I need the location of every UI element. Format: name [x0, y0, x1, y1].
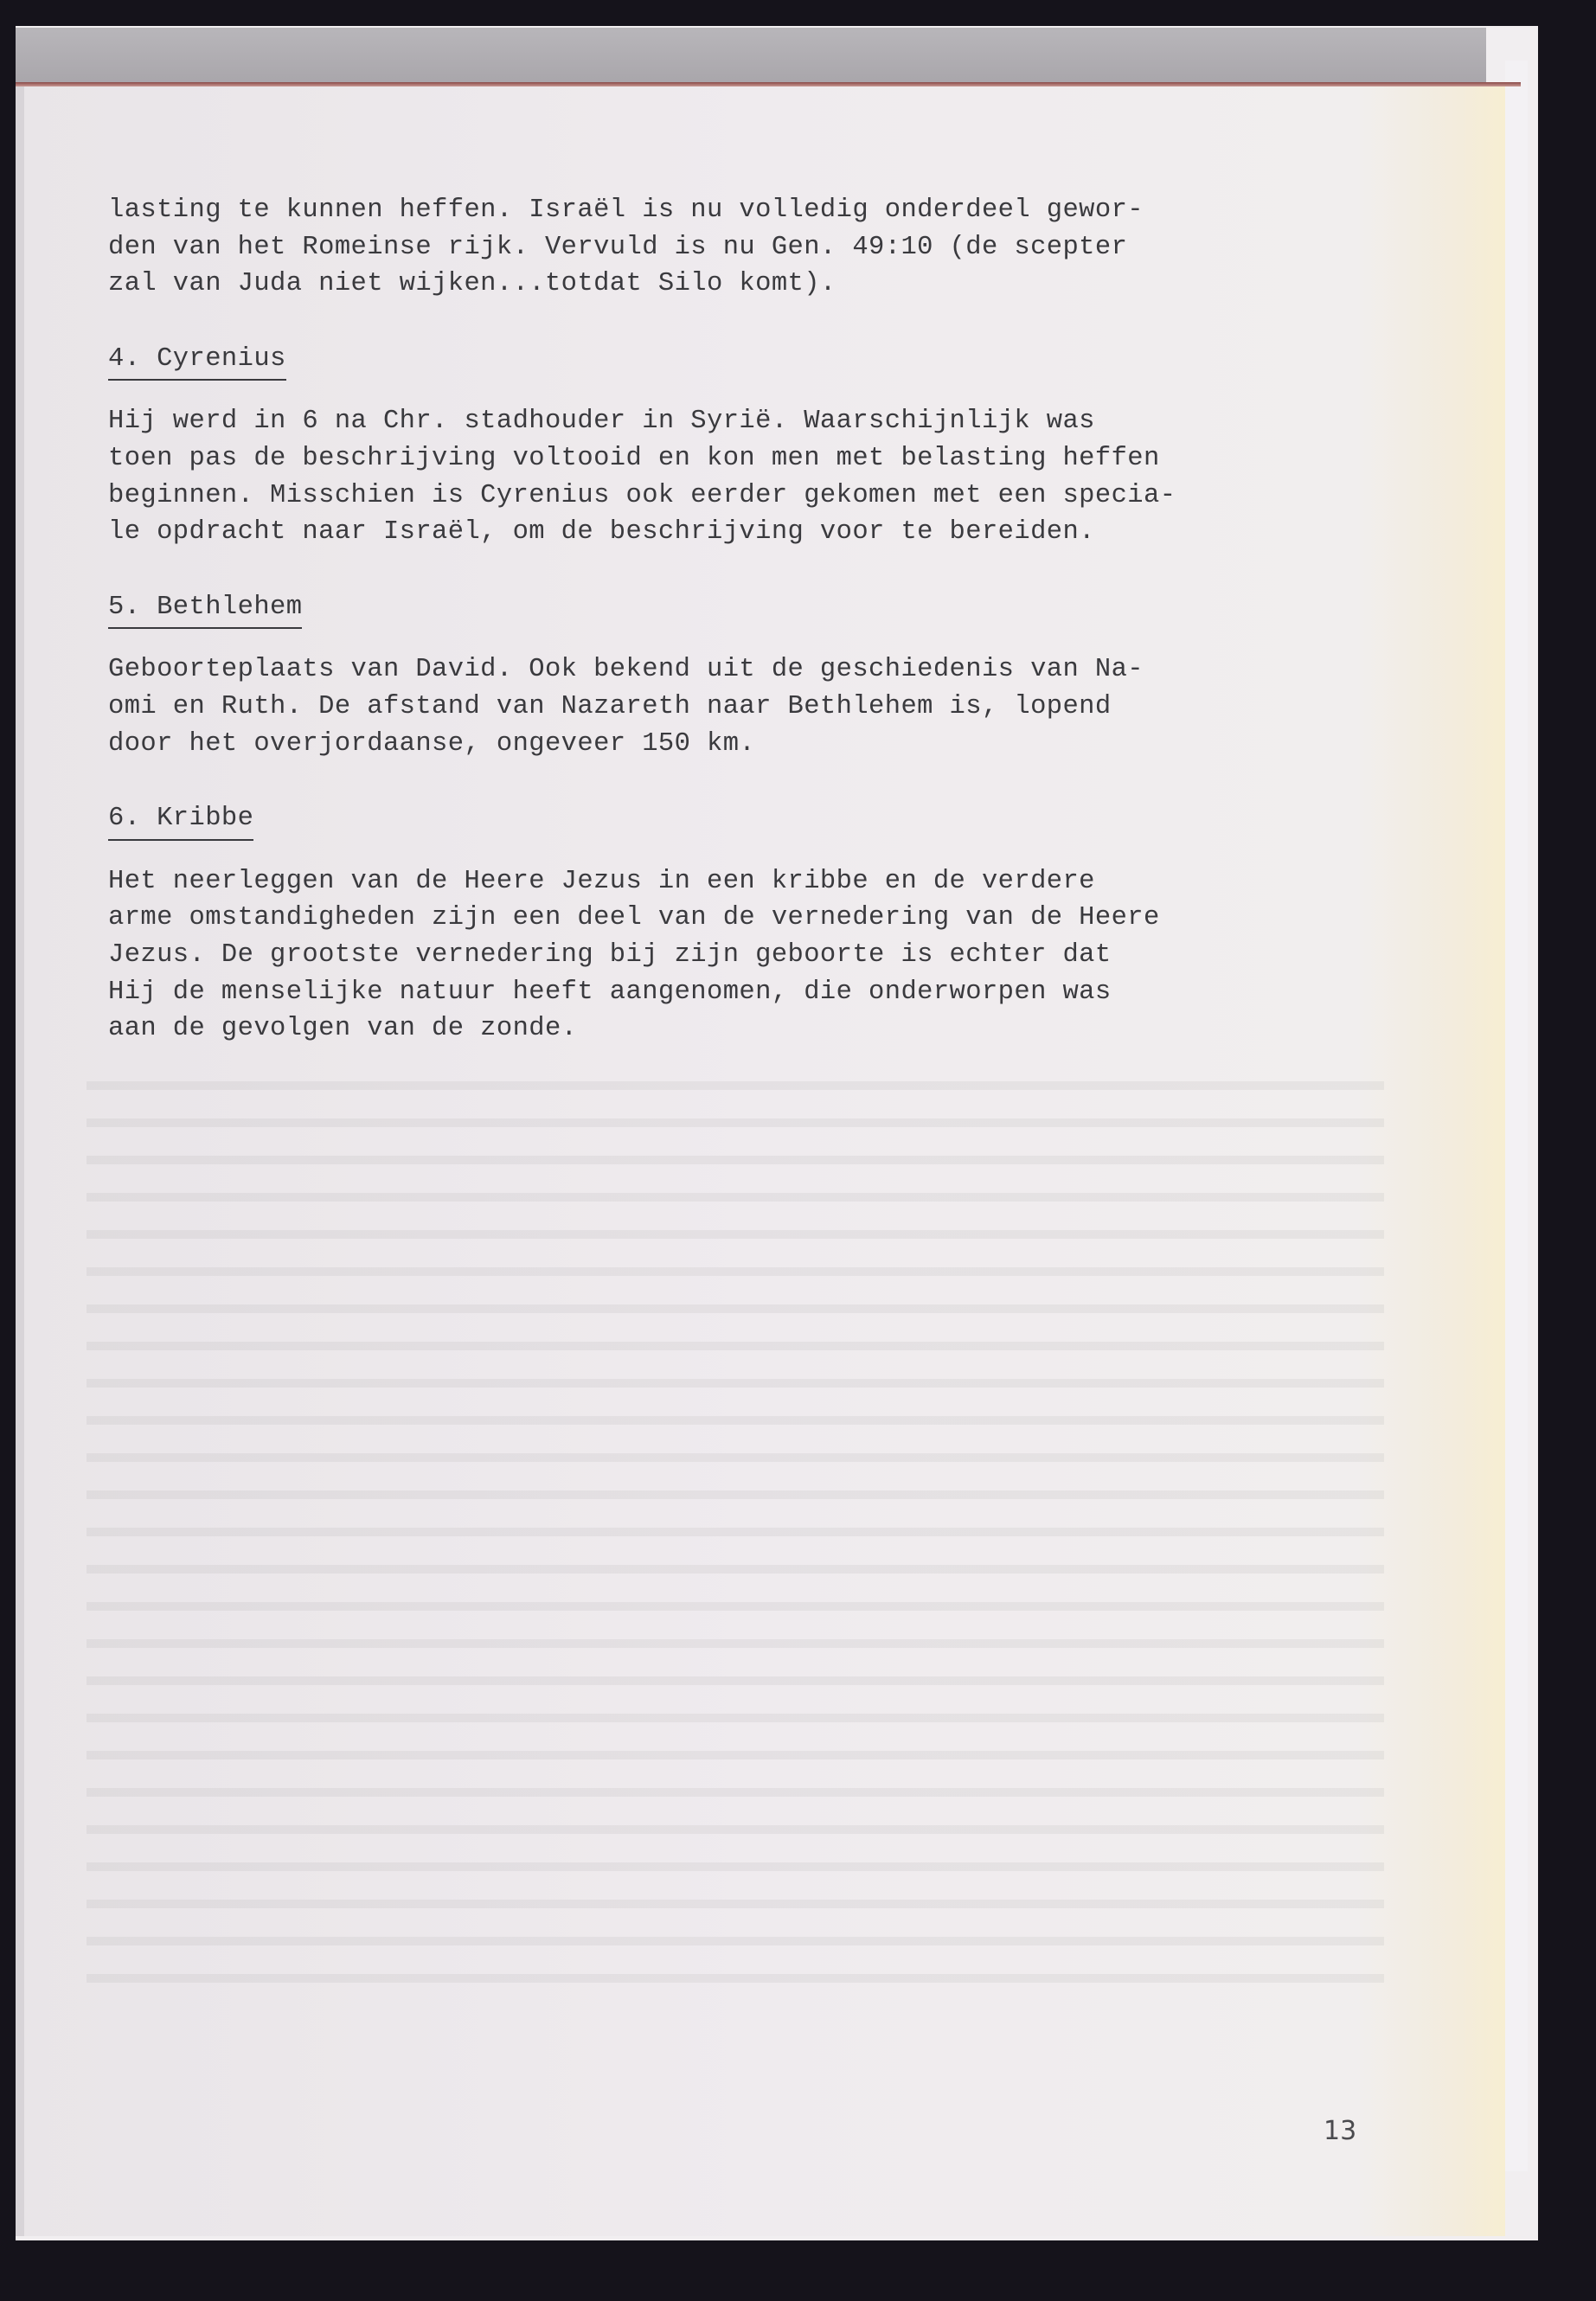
text-line: Jezus. De grootste vernedering bij zijn …: [108, 937, 1388, 974]
text-line: beginnen. Misschien is Cyrenius ook eerd…: [108, 478, 1388, 515]
back-page-band: [16, 28, 1486, 83]
text-line: Het neerleggen van de Heere Jezus in een…: [108, 863, 1388, 901]
section-heading: 5. Bethlehem: [108, 589, 302, 630]
text-line: Hij de menselijke natuur heeft aangenome…: [108, 974, 1388, 1011]
section-heading: 4. Cyrenius: [108, 341, 286, 381]
page-edge-left: [16, 87, 24, 2236]
text-line: arme omstandigheden zijn een deel van de…: [108, 900, 1388, 937]
text-line: zal van Juda niet wijken...totdat Silo k…: [108, 266, 1388, 303]
text-line: door het overjordaanse, ongeveer 150 km.: [108, 726, 1388, 763]
text-line: lasting te kunnen heffen. Israël is nu v…: [108, 192, 1388, 229]
text-line: Geboorteplaats van David. Ook bekend uit…: [108, 651, 1388, 689]
text-line: aan de gevolgen van de zonde.: [108, 1010, 1388, 1048]
intro-paragraph: lasting te kunnen heffen. Israël is nu v…: [108, 192, 1388, 303]
section-kribbe: 6. Kribbe Het neerleggen van de Heere Je…: [108, 762, 1388, 1048]
section-heading: 6. Kribbe: [108, 800, 253, 841]
text-line: omi en Ruth. De afstand van Nazareth naa…: [108, 689, 1388, 726]
text-line: toen pas de beschrijving voltooid en kon…: [108, 440, 1388, 478]
text-line: Hij werd in 6 na Chr. stadhouder in Syri…: [108, 403, 1388, 440]
text-line: den van het Romeinse rijk. Vervuld is nu…: [108, 229, 1388, 266]
document-body: lasting te kunnen heffen. Israël is nu v…: [108, 192, 1388, 1048]
text-line: le opdracht naar Israël, om de beschrijv…: [108, 514, 1388, 551]
page-top-edge: [16, 82, 1521, 87]
page-number: 13: [1324, 2116, 1356, 2146]
page-edge-right: [1505, 61, 1528, 2171]
bleed-through-text: [87, 1055, 1384, 2007]
section-cyrenius: 4. Cyrenius Hij werd in 6 na Chr. stadho…: [108, 303, 1388, 551]
section-bethlehem: 5. Bethlehem Geboorteplaats van David. O…: [108, 551, 1388, 762]
